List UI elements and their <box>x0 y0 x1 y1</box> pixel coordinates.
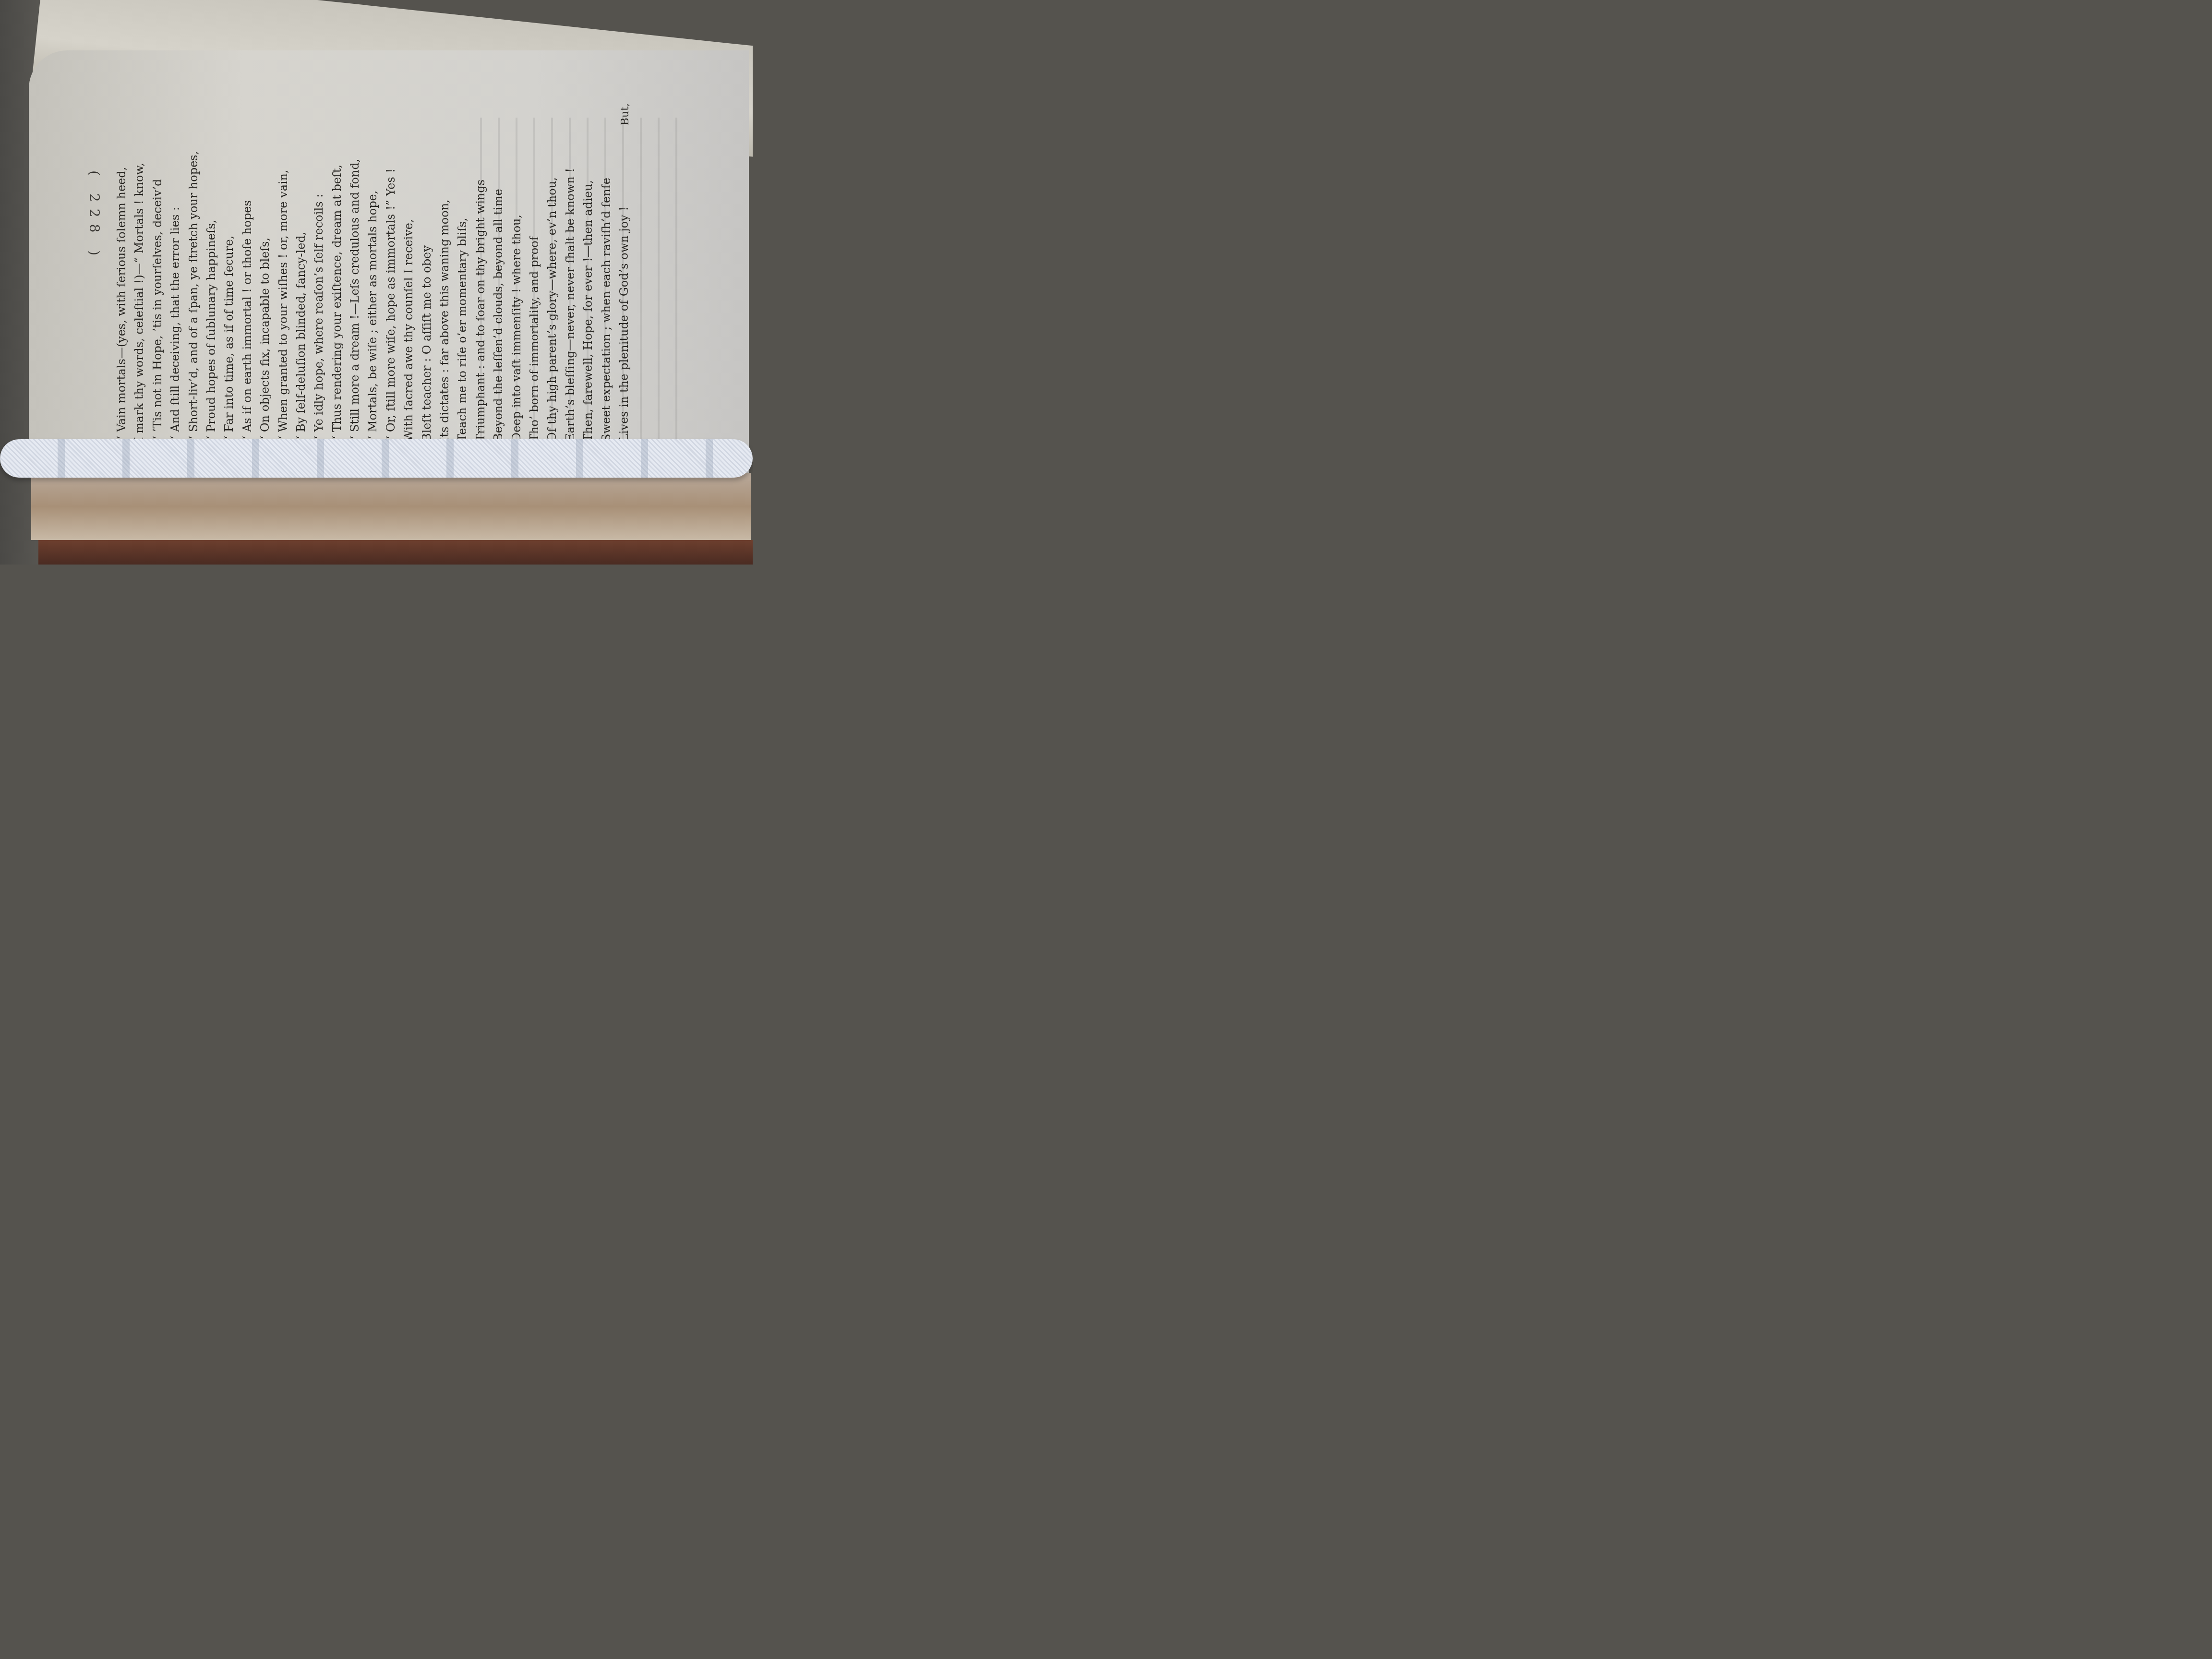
poem-line: Beyond the leſſen’d clouds, beyond all t… <box>490 86 507 442</box>
poem-line: “ Or, ſtill more wiſe, hope as immortals… <box>382 86 400 442</box>
poem-line: “ Vain mortals—(yes, with ſerious ſolemn… <box>113 86 131 442</box>
poem-line: Sweet expectation ; when each raviſh’d ſ… <box>598 86 615 442</box>
poem-line: “ And ſtill deceiving, that the error li… <box>167 86 184 442</box>
poem-line: “ ’Tis not in Hope, ’tis in yourſelves, … <box>149 86 167 442</box>
page-edges <box>31 473 751 540</box>
poem-line: Tho’ born of immortality, and proof <box>526 86 543 442</box>
poem-line: “ When granted to your wiſhes ! or, more… <box>275 86 292 442</box>
page-number: ( 228 ) <box>86 170 102 262</box>
poem-line: “ On objects fix, incapable to bleſs, <box>256 86 274 442</box>
poem-line: Lives in the plenitude of God’s own joy … <box>615 86 633 442</box>
book-cover <box>38 540 753 565</box>
poem-line: “ Proud hopes of ſublunary happineſs, <box>203 86 220 442</box>
cord-texture <box>0 439 753 478</box>
poem-line: Of thy high parent’s glory—where, ev’n t… <box>543 86 561 442</box>
poem-line: Triumphant : and to ſoar on thy bright w… <box>472 86 490 442</box>
poem-line: “ As if on earth immortal ! or thoſe hop… <box>239 86 256 442</box>
poem-line: I mark thy words, celeſtial !)—“ Mortals… <box>131 86 148 442</box>
poem-line: Teach me to riſe o’er momentary bliſs, <box>454 86 471 442</box>
poem-line: Then, farewell, Hope, for ever !—then ad… <box>579 86 597 442</box>
poem-line: Deep into vaſt immenſity ! where thou, <box>508 86 526 442</box>
poem-line: Earth’s bleſſing—never, never ſhalt be k… <box>562 86 579 442</box>
poem-line: “ Far into time, as if of time ſecure, <box>220 86 238 442</box>
poem-line: “ Ye idly hope, where reaſon’s ſelf reco… <box>310 86 328 442</box>
catchword: But, <box>619 103 631 125</box>
poem-line: Bleſt teacher : O aſſiſt me to obey <box>418 86 436 442</box>
poem-line: “ Short-liv’d, and of a ſpan, ye ſtretch… <box>185 86 203 442</box>
page-weight-cord <box>0 439 753 478</box>
poem-line: With ſacred awe thy counſel I receive, <box>400 86 418 442</box>
poem-line: “ By ſelf-deluſion blinded, fancy-led, <box>292 86 310 442</box>
poem-line: “ Still more a dream !—Leſs credulous an… <box>346 86 364 442</box>
poem-line: “ Mortals, be wiſe ; either as mortals h… <box>364 86 382 442</box>
poem-line: Its dictates : far above this waning moo… <box>436 86 454 442</box>
poem-line: “ Thus rendering your exiſtence, dream a… <box>328 86 346 442</box>
poem-text: “ Vain mortals—(yes, with ſerious ſolemn… <box>113 86 633 451</box>
